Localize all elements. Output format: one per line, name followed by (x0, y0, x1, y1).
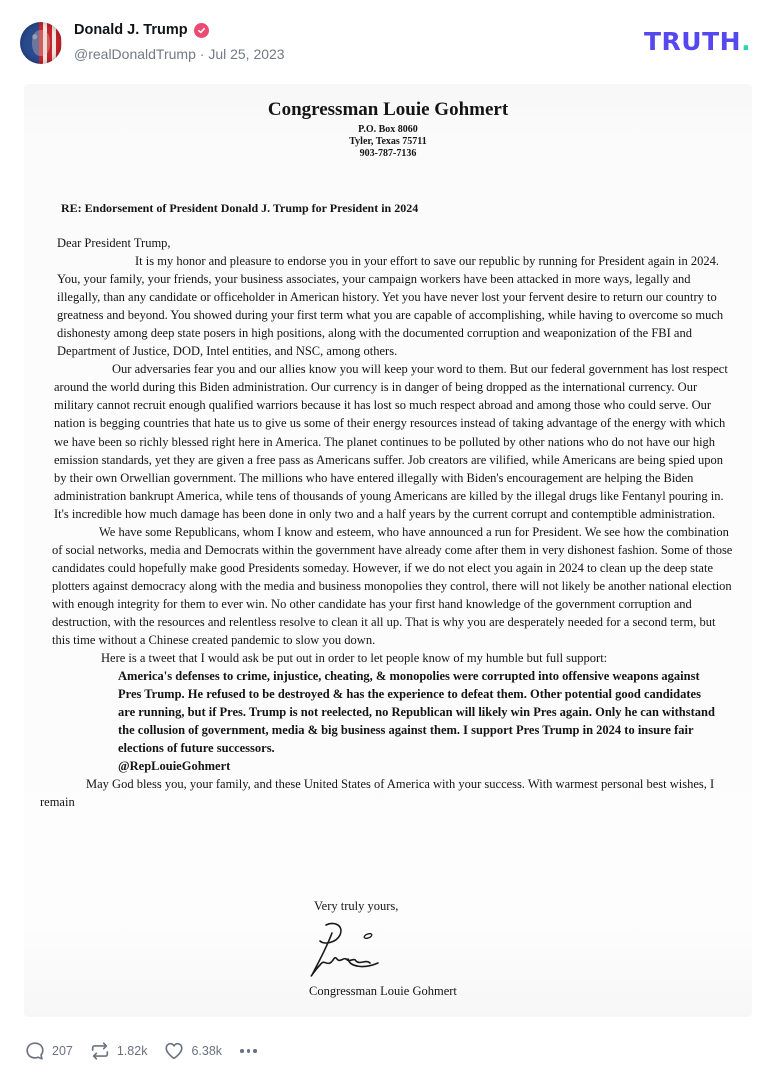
handwritten-signature (304, 919, 414, 981)
post-actions: 207 1.82k 6.38k (24, 1038, 257, 1064)
author-meta: @realDonaldTrump · Jul 25, 2023 (74, 46, 285, 62)
more-dots-icon[interactable] (240, 1049, 257, 1053)
letter-paragraph: We have some Republicans, whom I know an… (40, 523, 736, 649)
reply-count: 207 (52, 1044, 73, 1058)
like-button[interactable]: 6.38k (163, 1040, 222, 1062)
comment-icon (24, 1040, 46, 1062)
verified-badge-icon (194, 23, 209, 38)
logo-dot: . (741, 27, 751, 56)
letter-paragraph: It is my honor and pleasure to endorse y… (40, 252, 736, 360)
tweet-text: America's defenses to crime, injustice, … (40, 667, 736, 757)
post-image[interactable]: Congressman Louie Gohmert P.O. Box 8060 … (24, 84, 752, 1017)
letterhead-phone: 903-787-7136 (24, 148, 752, 159)
logo-text: TRUTH (644, 27, 741, 56)
like-count: 6.38k (191, 1044, 222, 1058)
letter-closing: May God bless you, your family, and thes… (40, 775, 736, 811)
letter-salutation: Dear President Trump, (40, 234, 736, 252)
tweet-intro: Here is a tweet that I would ask be put … (40, 649, 736, 667)
letter-paragraph: Our adversaries fear you and our allies … (40, 360, 736, 522)
author-handle[interactable]: @realDonaldTrump (74, 46, 196, 62)
repost-button[interactable]: 1.82k (89, 1040, 148, 1062)
letter-document: Congressman Louie Gohmert P.O. Box 8060 … (24, 84, 752, 1017)
letter-body: Dear President Trump, It is my honor and… (40, 234, 736, 812)
meta-separator: · (200, 46, 205, 62)
author-name-row: Donald J. Trump (74, 22, 209, 38)
truth-social-logo[interactable]: TRUTH. (644, 28, 751, 56)
repost-icon (89, 1040, 111, 1062)
letter-subject: RE: Endorsement of President Donald J. T… (61, 201, 418, 216)
letterhead-address-2: Tyler, Texas 75711 (24, 136, 752, 147)
reply-button[interactable]: 207 (24, 1040, 73, 1062)
letter-valediction: Very truly yours, (314, 899, 398, 914)
heart-icon (163, 1040, 185, 1062)
repost-count: 1.82k (117, 1044, 148, 1058)
post-date[interactable]: Jul 25, 2023 (208, 46, 284, 62)
signature-name: Congressman Louie Gohmert (309, 984, 457, 999)
avatar[interactable] (20, 22, 62, 64)
post-header: Donald J. Trump @realDonaldTrump · Jul 2… (0, 0, 777, 84)
letterhead-name: Congressman Louie Gohmert (24, 99, 752, 121)
letterhead-address-1: P.O. Box 8060 (24, 124, 752, 135)
author-name[interactable]: Donald J. Trump (74, 22, 188, 38)
tweet-handle: @RepLouieGohmert (40, 757, 736, 775)
